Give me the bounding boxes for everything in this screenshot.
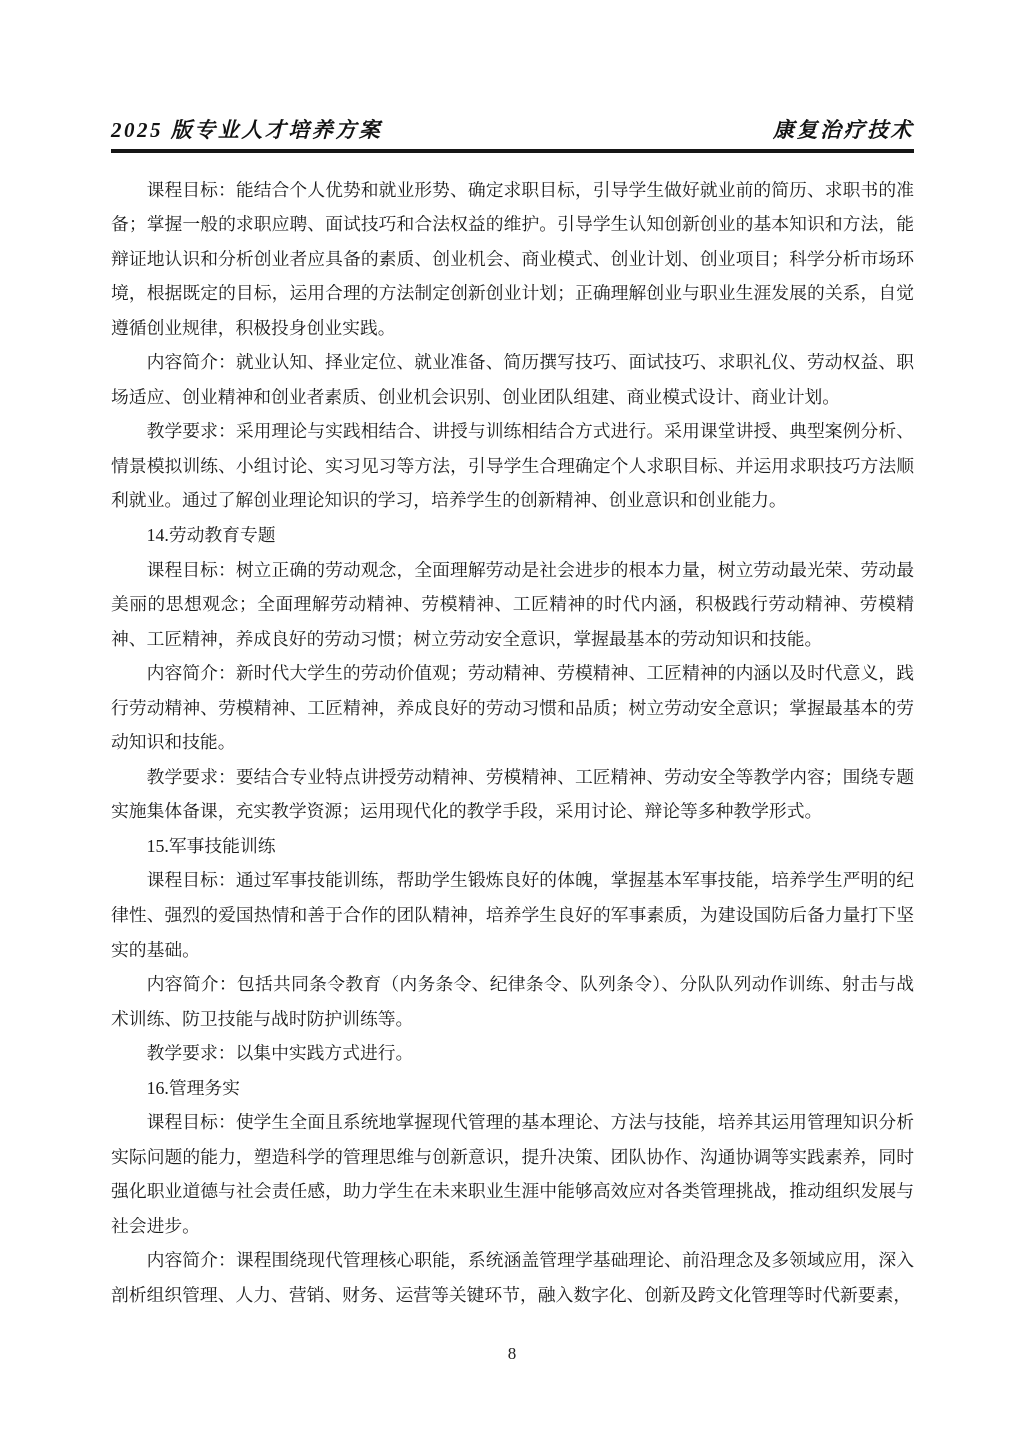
paragraph: 教学要求：采用理论与实践相结合、讲授与训练相结合方式进行。采用课堂讲授、典型案例… bbox=[111, 414, 914, 518]
section-heading: 15.军事技能训练 bbox=[111, 829, 914, 864]
section-heading: 14.劳动教育专题 bbox=[111, 518, 914, 553]
paragraph: 内容简介：就业认知、择业定位、就业准备、简历撰写技巧、面试技巧、求职礼仪、劳动权… bbox=[111, 345, 914, 414]
document-page: 2025 版专业人才培养方案 康复治疗技术 课程目标：能结合个人优势和就业形势、… bbox=[0, 0, 1024, 1448]
paragraph: 内容简介：新时代大学生的劳动价值观；劳动精神、劳模精神、工匠精神的内涵以及时代意… bbox=[111, 656, 914, 760]
paragraph: 课程目标：通过军事技能训练，帮助学生锻炼良好的体魄，掌握基本军事技能，培养学生严… bbox=[111, 863, 914, 967]
paragraph: 教学要求：要结合专业特点讲授劳动精神、劳模精神、工匠精神、劳动安全等教学内容；围… bbox=[111, 760, 914, 829]
header-left-title: 2025 版专业人才培养方案 bbox=[111, 114, 382, 144]
header-right-title: 康复治疗技术 bbox=[773, 114, 914, 144]
paragraph: 内容简介：包括共同条令教育（内务条令、纪律条令、队列条令）、分队队列动作训练、射… bbox=[111, 967, 914, 1036]
section-heading: 16.管理务实 bbox=[111, 1071, 914, 1106]
document-body: 课程目标：能结合个人优势和就业形势、确定求职目标，引导学生做好就业前的简历、求职… bbox=[111, 173, 914, 1313]
page-footer: 8 bbox=[0, 1344, 1024, 1364]
header-row: 2025 版专业人才培养方案 康复治疗技术 bbox=[111, 114, 914, 144]
paragraph: 课程目标：能结合个人优势和就业形势、确定求职目标，引导学生做好就业前的简历、求职… bbox=[111, 173, 914, 346]
header-rule bbox=[111, 149, 914, 153]
paragraph: 课程目标：树立正确的劳动观念，全面理解劳动是社会进步的根本力量，树立劳动最光荣、… bbox=[111, 553, 914, 657]
page-number: 8 bbox=[508, 1344, 517, 1363]
paragraph: 内容简介：课程围绕现代管理核心职能，系统涵盖管理学基础理论、前沿理念及多领域应用… bbox=[111, 1243, 914, 1312]
paragraph: 教学要求：以集中实践方式进行。 bbox=[111, 1036, 914, 1071]
paragraph: 课程目标：使学生全面且系统地掌握现代管理的基本理论、方法与技能，培养其运用管理知… bbox=[111, 1105, 914, 1243]
page-header: 2025 版专业人才培养方案 康复治疗技术 bbox=[111, 114, 914, 153]
